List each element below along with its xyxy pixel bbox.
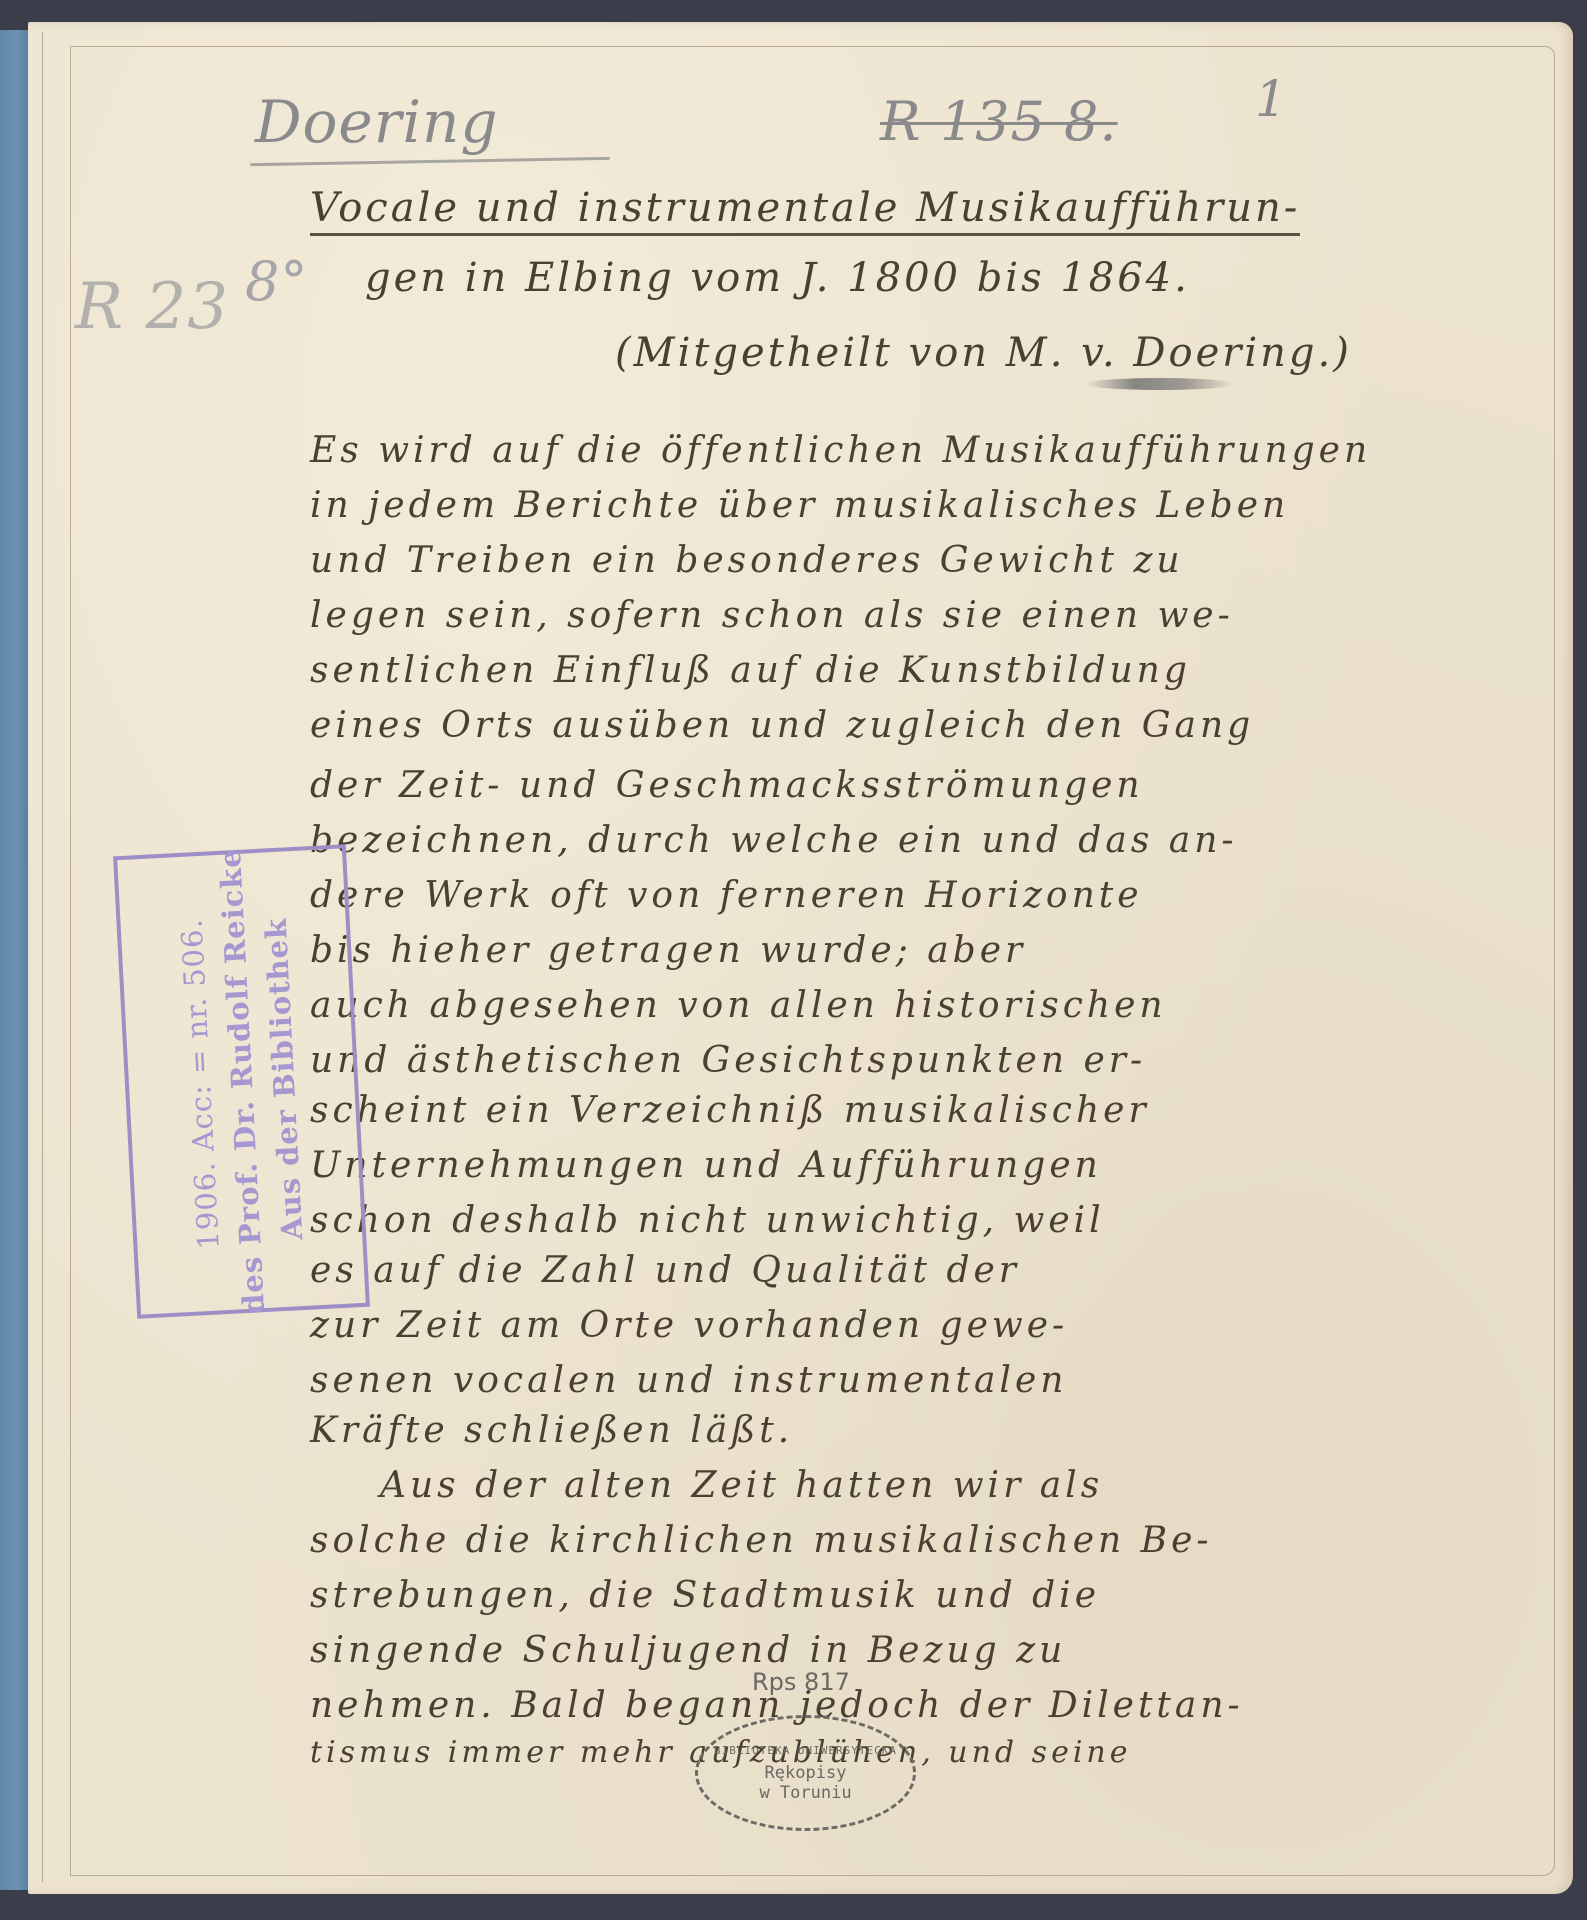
title-line-2-text: gen in Elbing vom J. 1800 bis 1864. [365, 255, 1190, 301]
stamp-oval-middle: Rękopisy [765, 1763, 847, 1783]
library-ownership-stamp: Aus der Bibliothek des Prof. Dr. Rudolf … [113, 844, 370, 1319]
pencil-margin-shelfmark: R 23 [75, 270, 229, 344]
title-line-3: (Mitgetheilt von M. v. Doering.) [615, 330, 1352, 376]
body-line: legen sein, sofern schon als sie einen w… [310, 595, 1234, 636]
body-line: Aus der alten Zeit hatten wir als [380, 1465, 1103, 1506]
gutter-line [42, 32, 43, 1882]
body-line: sentlichen Einfluß auf die Kunstbildung [310, 650, 1191, 691]
body-line: bis hieher getragen wurde; aber [310, 930, 1026, 971]
body-line: Unternehmungen und Aufführungen [310, 1145, 1102, 1186]
pencil-author-name: Doering [255, 88, 499, 156]
body-line: auch abgesehen von allen historischen [310, 985, 1167, 1026]
title-line-1: Vocale und instrumentale Musikaufführun- [310, 185, 1300, 236]
body-line: zur Zeit am Orte vorhanden gewe- [310, 1305, 1068, 1346]
body-line: eines Orts ausüben und zugleich den Gang [310, 705, 1254, 746]
body-line: strebungen, die Stadtmusik und die [310, 1575, 1100, 1616]
title-line-2: gen in Elbing vom J. 1800 bis 1864. [365, 255, 1190, 301]
body-line: in jedem Berichte über musikalisches Leb… [310, 485, 1289, 526]
body-line: der Zeit- und Geschmacksströmungen [310, 765, 1144, 806]
body-line: es auf die Zahl und Qualität der [310, 1250, 1020, 1291]
body-line: bezeichnen, durch welche ein und das an- [310, 820, 1238, 861]
body-line: Es wird auf die öffentlichen Musikauffüh… [310, 430, 1371, 471]
archive-shelfmark: Rps 817 [752, 1668, 850, 1696]
body-line: und ästhetischen Gesichtspunkten er- [310, 1040, 1146, 1081]
body-line: singende Schuljugend in Bezug zu [310, 1630, 1066, 1671]
body-line: senen vocalen und instrumentalen [310, 1360, 1067, 1401]
stamp-line-3: 1906. Acc: = nr. 506. [174, 917, 225, 1250]
body-line: dere Werk oft von ferneren Horizonte [310, 875, 1143, 916]
stamp-line-1: Aus der Bibliothek [258, 917, 309, 1241]
body-line: schon deshalb nicht unwichtig, weil [310, 1200, 1105, 1241]
archive-oval-stamp: BIBLIOTEKA UNIWERSYTECKA Rękopisy w Toru… [695, 1715, 916, 1831]
pencil-format-mark: 8° [245, 250, 308, 313]
pencil-smear [1085, 378, 1235, 390]
body-line: und Treiben ein besonderes Gewicht zu [310, 540, 1184, 581]
body-line: Kräfte schließen läßt. [310, 1410, 793, 1451]
stamp-oval-top: BIBLIOTEKA UNIWERSYTECKA [714, 1744, 897, 1757]
pencil-page-number: 1 [1255, 70, 1288, 128]
pencil-old-shelfmark: R 135 8. [880, 90, 1118, 153]
stamp-oval-bottom: w Toruniu [759, 1783, 851, 1803]
body-line: scheint ein Verzeichniß musikalischer [310, 1090, 1150, 1131]
body-line: solche die kirchlichen musikalischen Be- [310, 1520, 1213, 1561]
